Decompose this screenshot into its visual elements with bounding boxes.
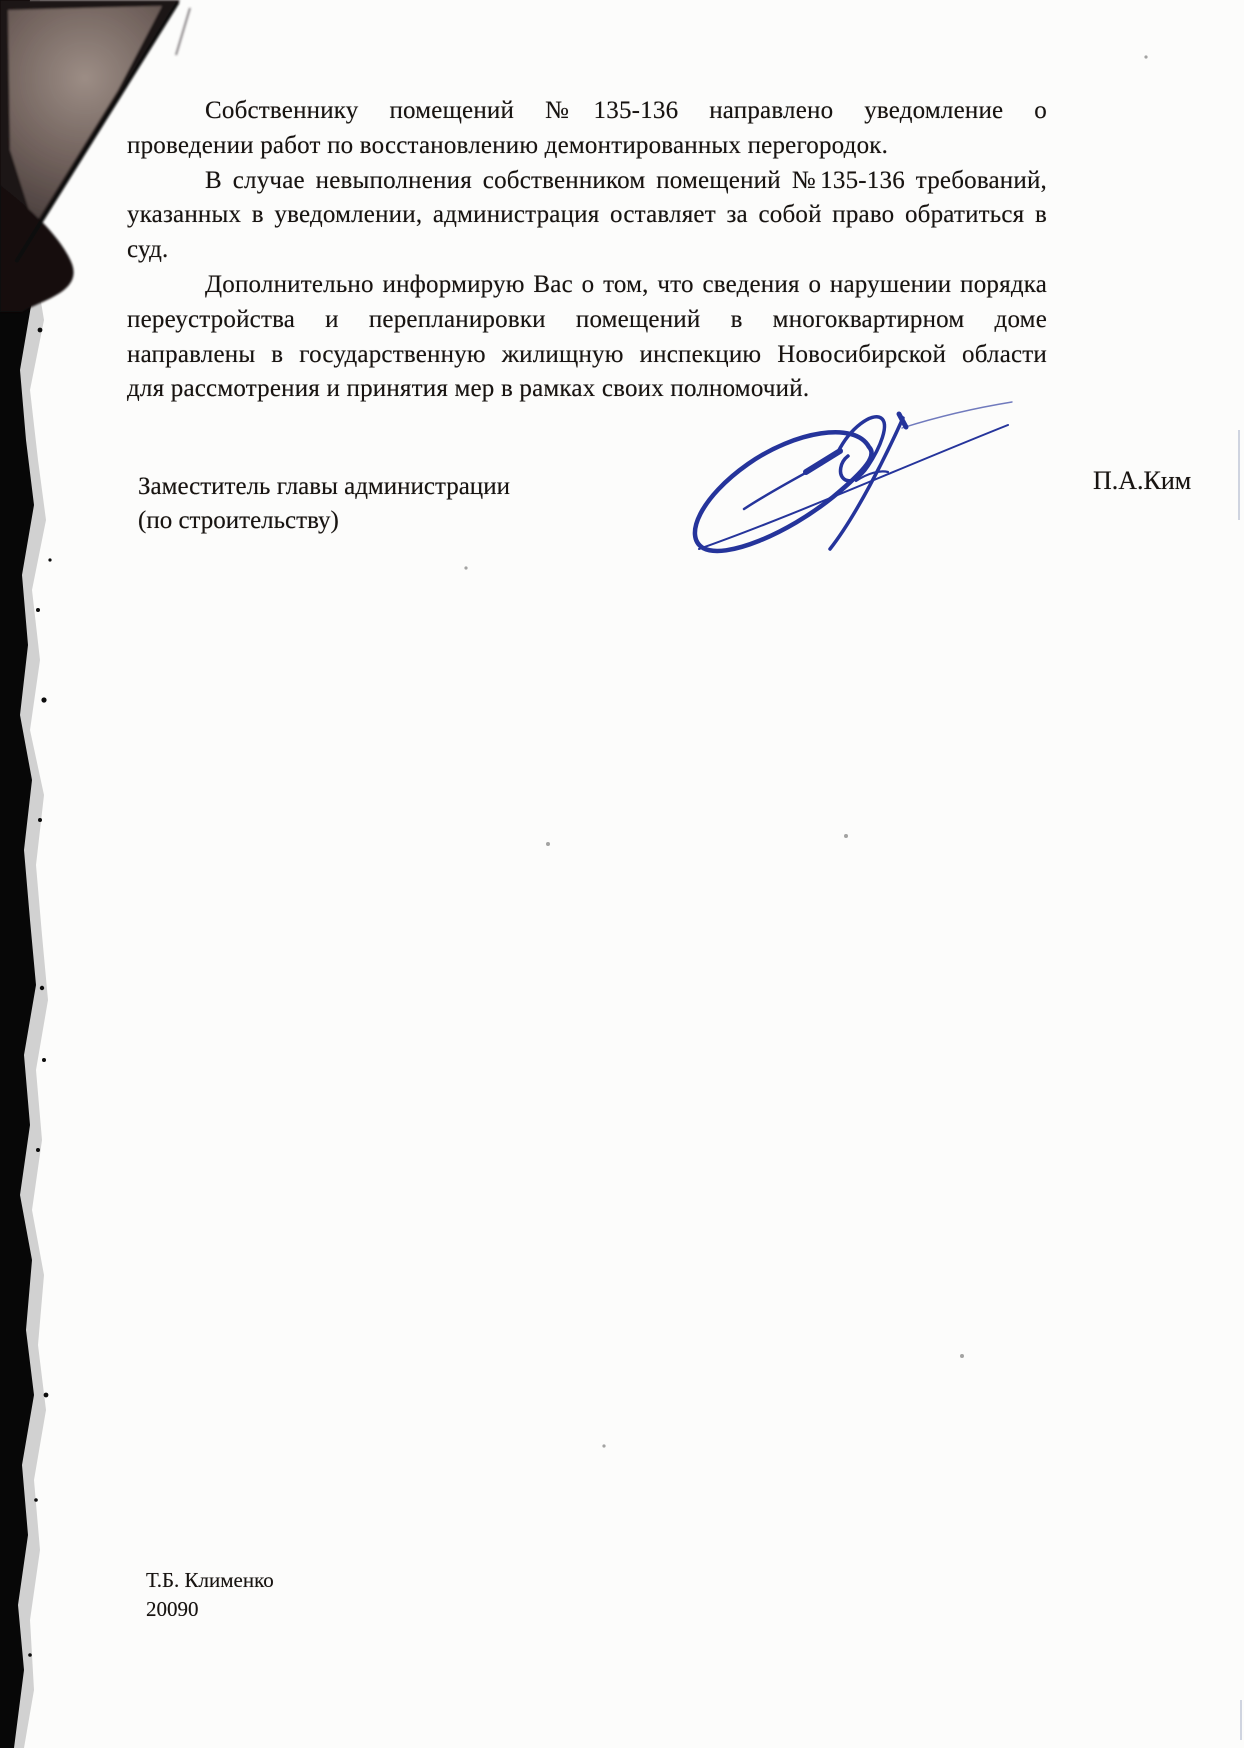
body-line: суд. bbox=[127, 233, 1047, 268]
body-line: проведении работ по восстановлению демон… bbox=[127, 129, 1047, 164]
body-line: Дополнительно информирую Вас о том, что … bbox=[127, 268, 1047, 303]
body-line: указанных в уведомлении, администрация о… bbox=[127, 198, 1047, 233]
body-line: Собственнику помещений №135-136 направле… bbox=[127, 94, 1047, 129]
executor-code: 20090 bbox=[146, 1595, 274, 1624]
signatory-title: Заместитель главы администрации (по стро… bbox=[138, 470, 510, 538]
executor-name: Т.Б. Клименко bbox=[146, 1566, 274, 1595]
letter-body: Собственнику помещений №135-136 направле… bbox=[127, 94, 1047, 407]
body-line: переустройства и перепланировки помещени… bbox=[127, 303, 1047, 338]
signatory-title-line1: Заместитель главы администрации bbox=[138, 470, 510, 504]
signature-autograph bbox=[660, 378, 1040, 573]
body-line: для рассмотрения и принятия мер в рамках… bbox=[127, 372, 1047, 407]
signatory-name: П.А.Ким bbox=[1093, 466, 1191, 496]
left-band bbox=[0, 0, 36, 1748]
scanned-letter-page: Собственнику помещений №135-136 направле… bbox=[0, 0, 1244, 1748]
band-speckles bbox=[28, 253, 51, 1657]
left-band-fuzz bbox=[0, 0, 48, 1748]
body-line: направлены в государственную жилищную ин… bbox=[127, 338, 1047, 373]
right-edge-marks bbox=[1239, 430, 1241, 1740]
signatory-title-line2: (по строительству) bbox=[138, 504, 510, 538]
executor-block: Т.Б. Клименко 20090 bbox=[146, 1566, 274, 1624]
body-line: В случае невыполнения собственником поме… bbox=[127, 164, 1047, 199]
